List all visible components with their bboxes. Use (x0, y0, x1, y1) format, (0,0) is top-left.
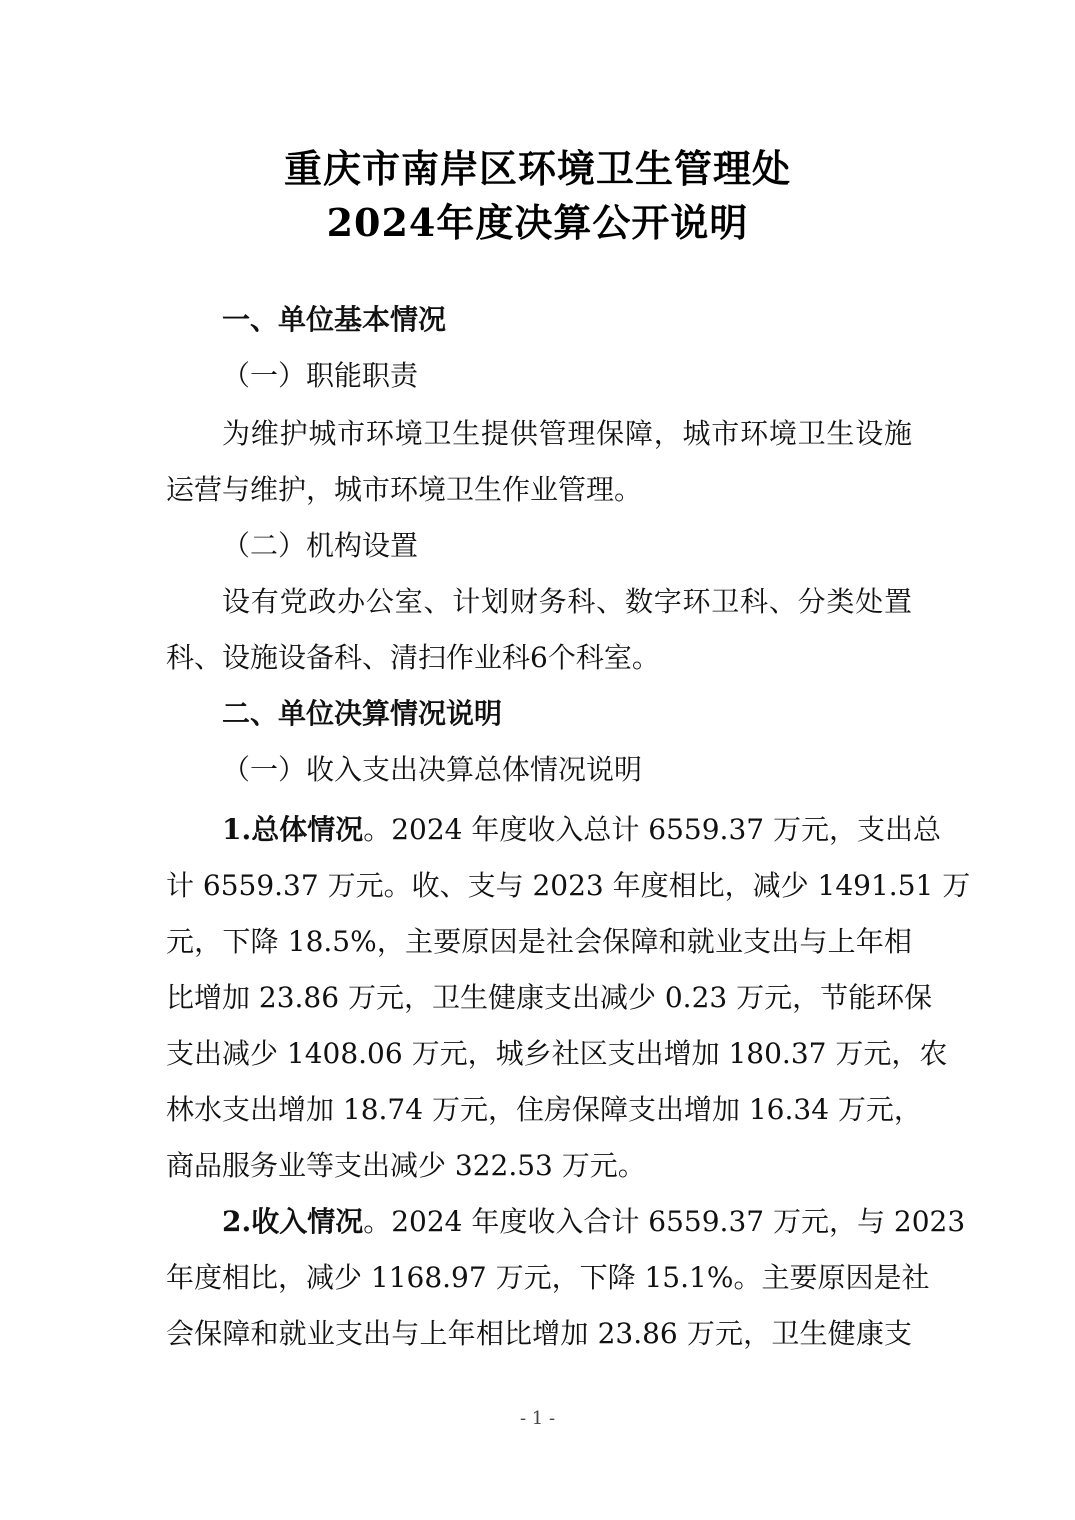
paragraph-line: 元，下降 18.5%，主要原因是社会保障和就业支出与上年相 (166, 920, 912, 960)
paragraph-line: 科、设施设备科、清扫作业科6个科室。 (166, 636, 912, 676)
paragraph-line: 商品服务业等支出减少 322.53 万元。 (166, 1144, 912, 1184)
paragraph-income-first-line: 2.收入情况。2024 年度收入合计 6559.37 万元，与 2023 (222, 1200, 912, 1240)
subheading-overall: （一）收入支出决算总体情况说明 (222, 748, 912, 788)
paragraph-line: 会保障和就业支出与上年相比增加 23.86 万元，卫生健康支 (166, 1312, 912, 1352)
subheading-functions: （一）职能职责 (222, 354, 912, 394)
page-number: - 1 - (0, 1408, 1075, 1429)
paragraph-line: 比增加 23.86 万元，卫生健康支出减少 0.23 万元，节能环保 (166, 976, 912, 1016)
paragraph-line: 林水支出增加 18.74 万元，住房保障支出增加 16.34 万元， (166, 1088, 912, 1128)
subheading-organization: （二）机构设置 (222, 524, 912, 564)
paragraph-line: 年度相比，减少 1168.97 万元，下降 15.1%。主要原因是社 (166, 1256, 912, 1296)
paragraph-label: 1.总体情况 (222, 813, 363, 846)
paragraph-text: 。2024 年度收入总计 6559.37 万元，支出总 (363, 813, 941, 846)
paragraph-line: 计 6559.37 万元。收、支与 2023 年度相比，减少 1491.51 万 (166, 864, 912, 904)
paragraph-label: 2.收入情况 (222, 1205, 363, 1238)
paragraph-line: 为维护城市环境卫生提供管理保障，城市环境卫生设施 (222, 412, 912, 452)
paragraph-text: 。2024 年度收入合计 6559.37 万元，与 2023 (363, 1205, 965, 1238)
paragraph-overall-first-line: 1.总体情况。2024 年度收入总计 6559.37 万元，支出总 (222, 808, 912, 848)
paragraph-line: 支出减少 1408.06 万元，城乡社区支出增加 180.37 万元，农 (166, 1032, 912, 1072)
document-title-line1: 重庆市南岸区环境卫生管理处 (0, 138, 1075, 193)
document-title-line2: 2024年度决算公开说明 (0, 192, 1075, 247)
paragraph-line: 设有党政办公室、计划财务科、数字环卫科、分类处置 (222, 580, 912, 620)
section-heading-budget: 二、单位决算情况说明 (222, 692, 912, 732)
paragraph-line: 运营与维护，城市环境卫生作业管理。 (166, 468, 912, 508)
section-heading-basic-info: 一、单位基本情况 (222, 298, 912, 338)
